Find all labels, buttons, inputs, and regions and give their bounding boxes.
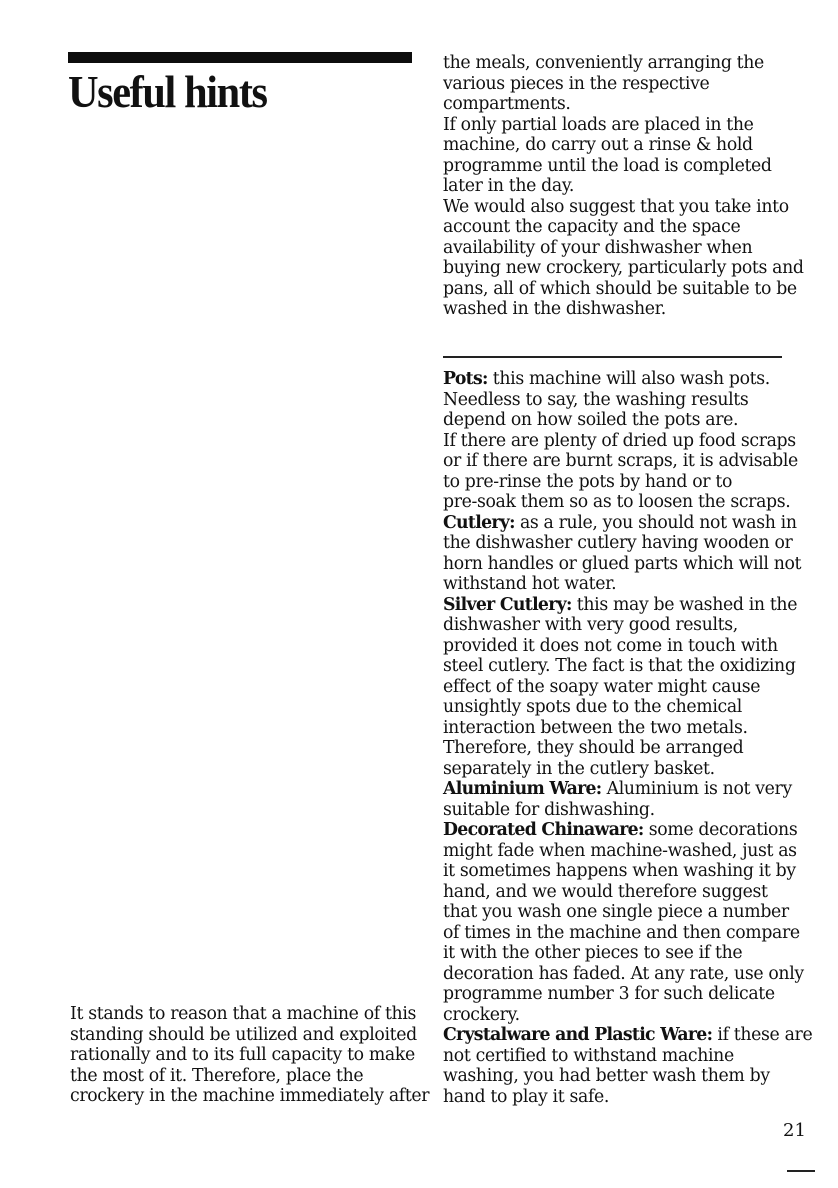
hint-term: Pots:: [443, 369, 488, 389]
text-line: Aluminium is not very: [601, 779, 791, 799]
text-line: account the capacity and the space: [443, 217, 823, 238]
text-line: suitable for dishwashing.: [443, 800, 823, 821]
text-line: hand to play it safe.: [443, 1087, 823, 1108]
text-line: washed in the dishwasher.: [443, 299, 823, 320]
intro-paragraph: It stands to reason that a machine of th…: [70, 1004, 440, 1107]
text-line: various pieces in the respective: [443, 74, 823, 95]
section-divider: [443, 356, 782, 358]
text-line: the dishwasher cutlery having wooden or: [443, 533, 823, 554]
text-line: withstand hot water.: [443, 574, 823, 595]
text-line: depend on how soiled the pots are.: [443, 410, 823, 431]
page-title: Useful hints: [68, 66, 267, 118]
text-line: crockery.: [443, 1005, 823, 1026]
hint-term: Cutlery:: [443, 513, 515, 533]
hint-pots: Pots: this machine will also wash pots. …: [443, 369, 823, 513]
footer-rule: [787, 1170, 815, 1172]
text-line: It stands to reason that a machine of th…: [70, 1004, 440, 1025]
hint-term: Decorated Chinaware:: [443, 820, 644, 840]
text-line: compartments.: [443, 94, 823, 115]
text-line: some decorations: [644, 820, 798, 840]
text-line: later in the day.: [443, 176, 823, 197]
hint-cutlery: Cutlery: as a rule, you should not wash …: [443, 513, 823, 595]
text-line: effect of the soapy water might cause: [443, 677, 823, 698]
title-rule: [68, 52, 412, 63]
hint-term: Crystalware and Plastic Ware:: [443, 1025, 712, 1045]
text-line: steel cutlery. The fact is that the oxid…: [443, 656, 823, 677]
text-line: the most of it. Therefore, place the: [70, 1066, 440, 1087]
text-line: We would also suggest that you take into: [443, 197, 823, 218]
text-line: this may be washed in the: [572, 595, 797, 615]
hint-crystalware-plastic-ware: Crystalware and Plastic Ware: if these a…: [443, 1025, 823, 1107]
text-line: programme until the load is completed: [443, 156, 823, 177]
text-line: machine, do carry out a rinse & hold: [443, 135, 823, 156]
text-line: this machine will also wash pots.: [488, 369, 770, 389]
text-line: that you wash one single piece a number: [443, 902, 823, 923]
text-line: washing, you had better wash them by: [443, 1066, 823, 1087]
text-line: or if there are burnt scraps, it is advi…: [443, 451, 823, 472]
hint-term: Aluminium Ware:: [443, 779, 601, 799]
text-line: interaction between the two metals.: [443, 718, 823, 739]
text-line: dishwasher with very good results,: [443, 615, 823, 636]
text-line: it sometimes happens when washing it by: [443, 861, 823, 882]
text-line: the meals, conveniently arranging the: [443, 53, 823, 74]
text-line: Therefore, they should be arranged: [443, 738, 823, 759]
text-line: If there are plenty of dried up food scr…: [443, 431, 823, 452]
hint-term: Silver Cutlery:: [443, 595, 572, 615]
hints-list: Pots: this machine will also wash pots. …: [443, 369, 823, 1107]
text-line: availability of your dishwasher when: [443, 238, 823, 259]
text-line: provided it does not come in touch with: [443, 636, 823, 657]
text-line: Needless to say, the washing results: [443, 390, 823, 411]
text-line: unsightly spots due to the chemical: [443, 697, 823, 718]
text-line: standing should be utilized and exploite…: [70, 1025, 440, 1046]
text-line: to pre-rinse the pots by hand or to: [443, 472, 823, 493]
hint-aluminium-ware: Aluminium Ware: Aluminium is not very su…: [443, 779, 823, 820]
text-line: hand, and we would therefore suggest: [443, 882, 823, 903]
text-line: If only partial loads are placed in the: [443, 115, 823, 136]
text-line: if these are: [712, 1025, 812, 1045]
hint-decorated-chinaware: Decorated Chinaware: some decorations mi…: [443, 820, 823, 1025]
text-line: it with the other pieces to see if the: [443, 943, 823, 964]
text-line: decoration has faded. At any rate, use o…: [443, 964, 823, 985]
text-line: horn handles or glued parts which will n…: [443, 554, 823, 575]
text-line: programme number 3 for such delicate: [443, 984, 823, 1005]
text-line: as a rule, you should not wash in: [515, 513, 797, 533]
intro-continuation: the meals, conveniently arranging the va…: [443, 53, 823, 320]
text-line: not certified to withstand machine: [443, 1046, 823, 1067]
text-line: rationally and to its full capacity to m…: [70, 1045, 440, 1066]
text-line: pre-soak them so as to loosen the scraps…: [443, 492, 823, 513]
text-line: separately in the cutlery basket.: [443, 759, 823, 780]
text-line: crockery in the machine immediately afte…: [70, 1086, 440, 1107]
text-line: of times in the machine and then compare: [443, 923, 823, 944]
page-number: 21: [783, 1120, 806, 1141]
text-line: might fade when machine-washed, just as: [443, 841, 823, 862]
hint-silver-cutlery: Silver Cutlery: this may be washed in th…: [443, 595, 823, 780]
text-line: buying new crockery, particularly pots a…: [443, 258, 823, 279]
text-line: pans, all of which should be suitable to…: [443, 279, 823, 300]
